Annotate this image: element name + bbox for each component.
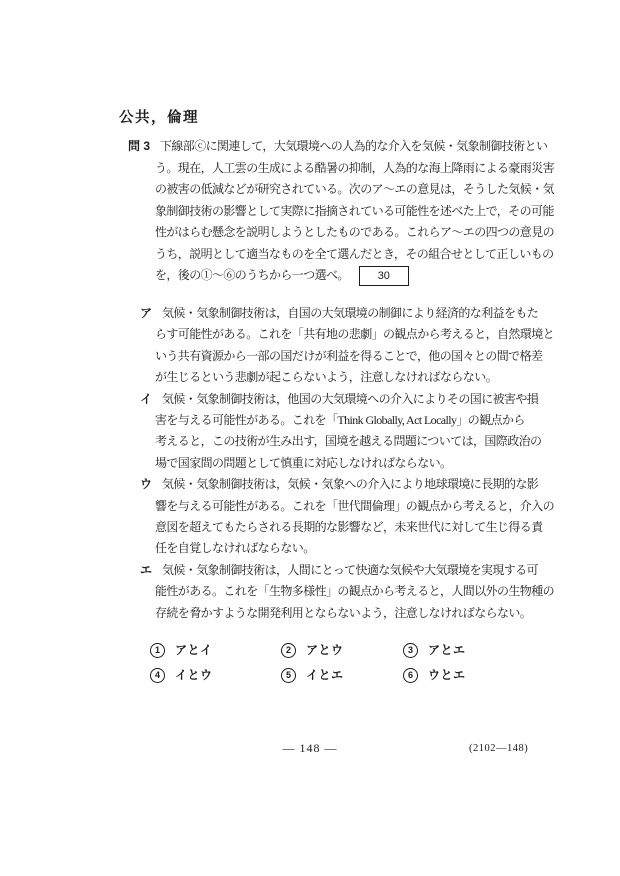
print-code: (2102—148) xyxy=(469,743,528,754)
circled-number-icon: 6 xyxy=(403,668,418,683)
circled-number-icon: 1 xyxy=(150,643,165,658)
opinion-e-text: 気候・気象制御技術は，人間にとって快適な気候や大気環境を実現する可 xyxy=(162,563,538,577)
opinion-first-line: イ気候・気象制御技術は，他国の大気環境への介入によりその国に被害や損 xyxy=(140,389,535,410)
text-line: 場で国家間の問題として慎重に対応しなければならない。 xyxy=(155,453,535,474)
choice-label: イとエ xyxy=(306,665,344,686)
text-line: が生じるという悲劇が起こらないよう，注意しなければならない。 xyxy=(155,367,535,388)
circled-number-icon: 4 xyxy=(150,668,165,683)
text-line: の被害の低減などが研究されている。次のア～エの意見は，そうした気候・気 xyxy=(155,179,533,201)
opinion-first-line: ア気候・気象制御技術は，自国の大気環境の制御により経済的な利益をもた xyxy=(140,303,535,324)
question-first-line: 問 3下線部ⓒに関連して，大気環境への人為的な介入を気候・気象制御技術とい xyxy=(128,136,533,158)
circled-number-icon: 3 xyxy=(403,643,418,658)
choice-4: 4 イとウ xyxy=(150,665,281,686)
choice-5: 5 イとエ xyxy=(281,665,403,686)
text-line: 能性がある。これを「生物多様性」の観点から考えると，人間以外の生物種の xyxy=(155,581,535,602)
opinion-a: ア気候・気象制御技術は，自国の大気環境の制御により経済的な利益をもた らす可能性… xyxy=(140,303,535,389)
choice-grid: 1 アとイ 2 アとウ 3 アとエ 4 イとウ 5 イとエ 6 ウとエ xyxy=(150,640,466,686)
opinion-first-line: エ気候・気象制御技術は，人間にとって快適な気候や大気環境を実現する可 xyxy=(140,560,535,581)
text-line: 象制御技術の影響として実際に指摘されている可能性を述べた上で，その可能 xyxy=(155,201,533,223)
choice-label: アとイ xyxy=(175,640,213,661)
opinion-i: イ気候・気象制御技術は，他国の大気環境への介入によりその国に被害や損 害を与える… xyxy=(140,389,535,475)
opinion-list: ア気候・気象制御技術は，自国の大気環境の制御により経済的な利益をもた らす可能性… xyxy=(140,303,535,624)
opinion-a-text: 気候・気象制御技術は，自国の大気環境の制御により経済的な利益をもた xyxy=(162,306,538,320)
opinion-e: エ気候・気象制御技術は，人間にとって快適な気候や大気環境を実現する可 能性がある… xyxy=(140,560,535,624)
text-line: う。現在，人工雲の生成による酷暑の抑制，人為的な海上降雨による豪雨災害 xyxy=(155,158,533,180)
opinion-e-body: 能性がある。これを「生物多様性」の観点から考えると，人間以外の生物種の存続を脅か… xyxy=(140,581,535,624)
question-text: 下線部ⓒに関連して，大気環境への人為的な介入を気候・気象制御技術とい xyxy=(160,139,547,153)
text-line: 響を与える可能性がある。これを「世代間倫理」の観点から考えると，介入の xyxy=(155,496,535,517)
text-line: 害を与える可能性がある。これを「Think Globally, Act Loca… xyxy=(155,410,535,431)
choice-2: 2 アとウ xyxy=(281,640,403,661)
text-line: いう共有資源から一部の国だけが利益を得ることで，他の国々との間で格差 xyxy=(155,346,535,367)
opinion-u: ウ気候・気象制御技術は，気候・気象への介入により地球環境に長期的な影 響を与える… xyxy=(140,474,535,560)
opinion-i-marker: イ xyxy=(140,389,162,410)
choice-label: イとウ xyxy=(175,665,213,686)
opinion-first-line: ウ気候・気象制御技術は，気候・気象への介入により地球環境に長期的な影 xyxy=(140,474,535,495)
opinion-a-body: らす可能性がある。これを「共有地の悲劇」の観点から考えると，自然環境という共有資… xyxy=(140,324,535,388)
question-body-lines: う。現在，人工雲の生成による酷暑の抑制，人為的な海上降雨による豪雨災害の被害の低… xyxy=(128,158,533,266)
text-line: 意図を超えてもたらされる長期的な影響など，未来世代に対して生じ得る責 xyxy=(155,517,535,538)
answer-number-box: 30 xyxy=(359,266,409,286)
opinion-i-text: 気候・気象制御技術は，他国の大気環境への介入によりその国に被害や損 xyxy=(162,392,538,406)
opinion-e-marker: エ xyxy=(140,560,162,581)
text-line: 任を自覚しなければならない。 xyxy=(155,538,535,559)
choice-6: 6 ウとエ xyxy=(403,665,466,686)
question-last-line: を，後の①～⑥のうちから一つ選べ。 30 xyxy=(155,265,533,287)
opinion-a-marker: ア xyxy=(140,303,162,324)
text-line: 性がはらむ懸念を説明しようとしたものである。これらア～エの四つの意見の xyxy=(155,222,533,244)
text-line: 考えると，この技術が生み出す，国境を越える問題については，国際政治の xyxy=(155,431,535,452)
question-number-label: 問 3 xyxy=(128,136,160,158)
choice-3: 3 アとエ xyxy=(403,640,466,661)
question-3: 問 3下線部ⓒに関連して，大気環境への人為的な介入を気候・気象制御技術とい う。… xyxy=(128,136,533,287)
opinion-u-text: 気候・気象制御技術は，気候・気象への介入により地球環境に長期的な影 xyxy=(162,477,538,491)
choice-label: アとウ xyxy=(306,640,344,661)
choice-1: 1 アとイ xyxy=(150,640,281,661)
question-text: を，後の①～⑥のうちから一つ選べ。 xyxy=(155,265,349,287)
choice-label: アとエ xyxy=(428,640,466,661)
text-line: らす可能性がある。これを「共有地の悲劇」の観点から考えると，自然環境と xyxy=(155,324,535,345)
exam-page: 公共，倫理 問 3下線部ⓒに関連して，大気環境への人為的な介入を気候・気象制御技… xyxy=(0,0,620,876)
section-title: 公共，倫理 xyxy=(119,106,199,127)
circled-number-icon: 2 xyxy=(281,643,296,658)
circled-number-icon: 5 xyxy=(281,668,296,683)
opinion-u-marker: ウ xyxy=(140,474,162,495)
choice-label: ウとエ xyxy=(428,665,466,686)
text-line: うち，説明として適当なものを全て選んだとき，その組合せとして正しいもの xyxy=(155,244,533,266)
opinion-u-body: 響を与える可能性がある。これを「世代間倫理」の観点から考えると，介入の意図を超え… xyxy=(140,496,535,560)
opinion-i-body: 害を与える可能性がある。これを「Think Globally, Act Loca… xyxy=(140,410,535,474)
text-line: 存続を脅かすような開発利用とならないよう，注意しなければならない。 xyxy=(155,603,535,624)
